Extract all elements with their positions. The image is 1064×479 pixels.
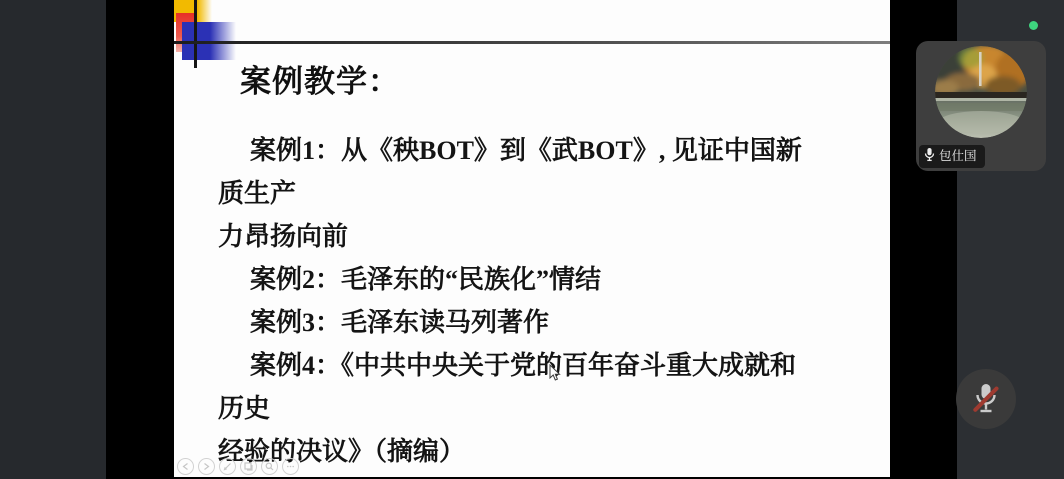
slides-panel-button[interactable] [240,458,257,475]
magnifier-icon [265,462,274,471]
left-background-panel [0,0,106,479]
case-item-2: 案例2：毛泽东的“民族化”情结 [218,258,804,301]
pen-annotate-button[interactable] [219,458,236,475]
slide-decoration-horizontal-line [174,41,890,44]
mic-on-icon [923,147,936,167]
magnifier-button[interactable] [261,458,278,475]
presentation-toolbar [177,458,299,475]
slide-body: 案例1：从《秧BOT》到《武BOT》, 见证中国新质生产 力昂扬向前 案例2：毛… [218,129,804,473]
pen-icon [223,462,232,471]
arrow-right-icon [202,462,211,471]
meeting-window: 案例教学： 案例1：从《秧BOT》到《武BOT》, 见证中国新质生产 力昂扬向前… [0,0,1064,479]
participant-avatar-image [935,46,1027,138]
participant-video-tile[interactable]: 包仕国 [916,41,1046,171]
slide-decoration-vertical-line [194,0,197,68]
muted-mic-icon [971,381,1001,417]
participant-name-badge: 包仕国 [919,145,985,168]
mute-button[interactable] [956,369,1016,429]
case-item-3: 案例3：毛泽东读马列著作 [218,301,804,344]
status-dot-icon [1029,21,1038,30]
mouse-cursor [549,364,561,387]
shared-slide: 案例教学： 案例1：从《秧BOT》到《武BOT》, 见证中国新质生产 力昂扬向前… [174,0,890,477]
previous-slide-button[interactable] [177,458,194,475]
slides-panel-icon [244,462,253,471]
more-options-button[interactable] [282,458,299,475]
arrow-left-icon [181,462,190,471]
case-item-4: 案例4：《中共中央关于党的百年奋斗重大成就和历史 经验的决议》（摘编） [218,344,804,473]
ellipsis-icon [286,462,295,471]
next-slide-button[interactable] [198,458,215,475]
participant-name: 包仕国 [939,145,977,168]
slide-title: 案例教学： [240,56,400,101]
case-item-1: 案例1：从《秧BOT》到《武BOT》, 见证中国新质生产 力昂扬向前 [218,129,804,258]
